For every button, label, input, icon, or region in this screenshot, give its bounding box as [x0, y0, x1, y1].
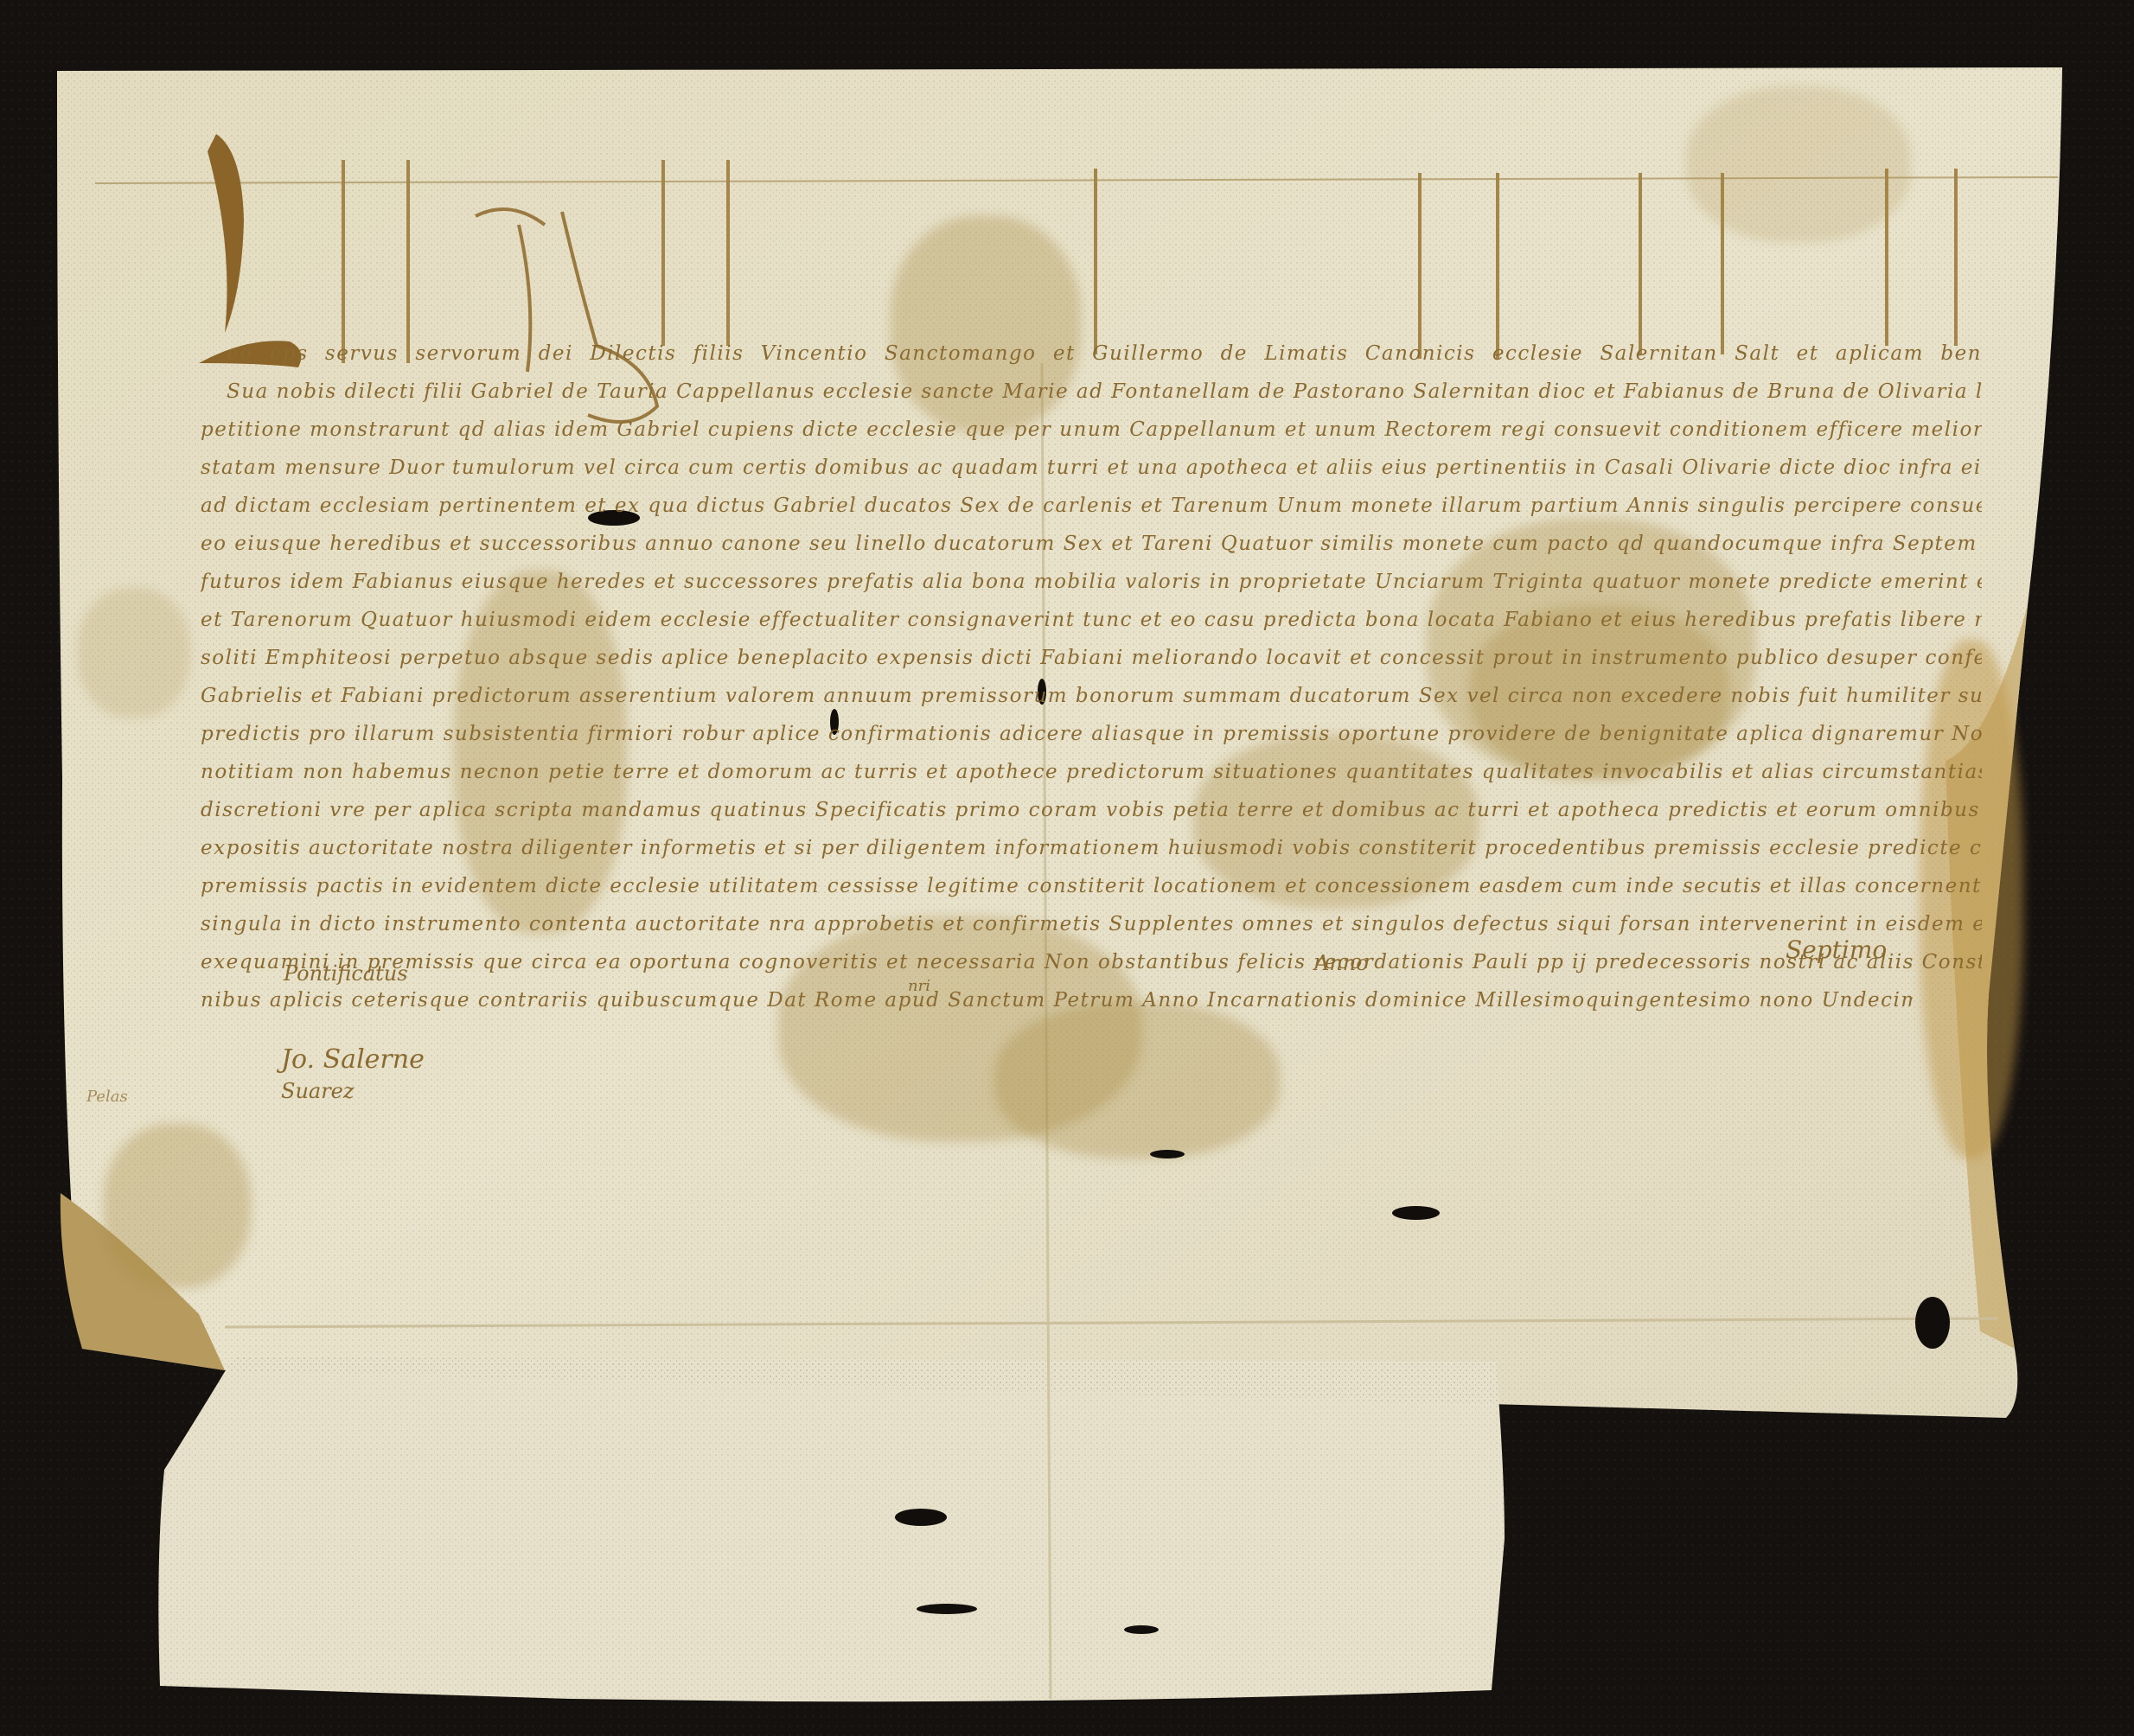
parchment-hole [1124, 1625, 1159, 1634]
elongated-stroke [1496, 173, 1499, 359]
parchment-hole [1392, 1206, 1440, 1220]
septimo-label: Septimo [1786, 935, 1887, 964]
signature-line-1: Jo. Salerne [281, 1044, 425, 1075]
elongated-stroke [1721, 173, 1724, 354]
anno-label: Anno [1314, 951, 1369, 975]
elongated-stroke [1094, 169, 1097, 354]
text-line-4: statam mensure Duor tumulorum vel circa … [201, 456, 1982, 479]
text-line-6: eo eiusque heredibus et successoribus an… [201, 533, 1982, 555]
text-line-17: exequamini in premissis que circa ea opo… [201, 951, 1982, 973]
nri-label: nri [908, 977, 930, 995]
parchment-hole [917, 1604, 977, 1614]
monogram-icon [458, 199, 683, 441]
water-stain [78, 588, 190, 718]
ornamental-initial-icon [190, 117, 294, 341]
water-stain [104, 1124, 251, 1288]
text-line-5: ad dictam ecclesiam pertinentem et ex qu… [201, 495, 1982, 517]
water-stain [1686, 86, 1911, 242]
water-stain [1920, 640, 2023, 1158]
text-line-1: eo eps servus servorum dei Dilectis fili… [201, 342, 1982, 365]
text-line-2: Sua nobis dilecti filii Gabriel de Tauri… [201, 380, 1982, 403]
text-line-15: premissis pactis in evidentem dicte eccl… [201, 875, 1982, 897]
text-line-9: soliti Emphiteosi perpetuo absque sedis … [201, 647, 1982, 669]
text-line-8: et Tarenorum Quatuor huiusmodi eidem ecc… [201, 609, 1982, 631]
text-line-10: Gabrielis et Fabiani predictorum asseren… [201, 685, 1982, 707]
text-line-18: nibus aplicis ceterisque contrariis quib… [201, 989, 1913, 1012]
margin-note: Pelas [86, 1088, 128, 1106]
elongated-stroke [1418, 173, 1422, 359]
text-line-3: petitione monstrarunt qd alias idem Gabr… [201, 418, 1982, 441]
water-stain [994, 1003, 1280, 1158]
elongated-stroke [1885, 169, 1888, 346]
parchment-sheet: eo eps servus servorum dei Dilectis fili… [0, 0, 2134, 1736]
parchment-hole [1150, 1150, 1185, 1158]
pontificatus-label: Pontificatus [284, 961, 408, 986]
text-line-11: predictis pro illarum subsistentia firmi… [201, 723, 1982, 745]
elongated-stroke [1639, 173, 1642, 354]
elongated-stroke [726, 160, 730, 346]
parchment-hole [1915, 1297, 1950, 1349]
text-line-14: expositis auctoritate nostra diligenter … [201, 837, 1982, 859]
signature-line-2: Suarez [281, 1079, 355, 1103]
text-line-16: singula in dicto instrumento contenta au… [201, 913, 1982, 935]
text-line-13: discretioni vre per aplica scripta manda… [201, 799, 1982, 821]
text-line-12: notitiam non habemus necnon petie terre … [201, 761, 1982, 783]
elongated-stroke [342, 160, 345, 363]
elongated-stroke [406, 160, 410, 363]
elongated-stroke [1954, 169, 1958, 346]
parchment-hole [895, 1509, 947, 1526]
text-line-7: futuros idem Fabianus eiusque heredes et… [201, 571, 1982, 593]
